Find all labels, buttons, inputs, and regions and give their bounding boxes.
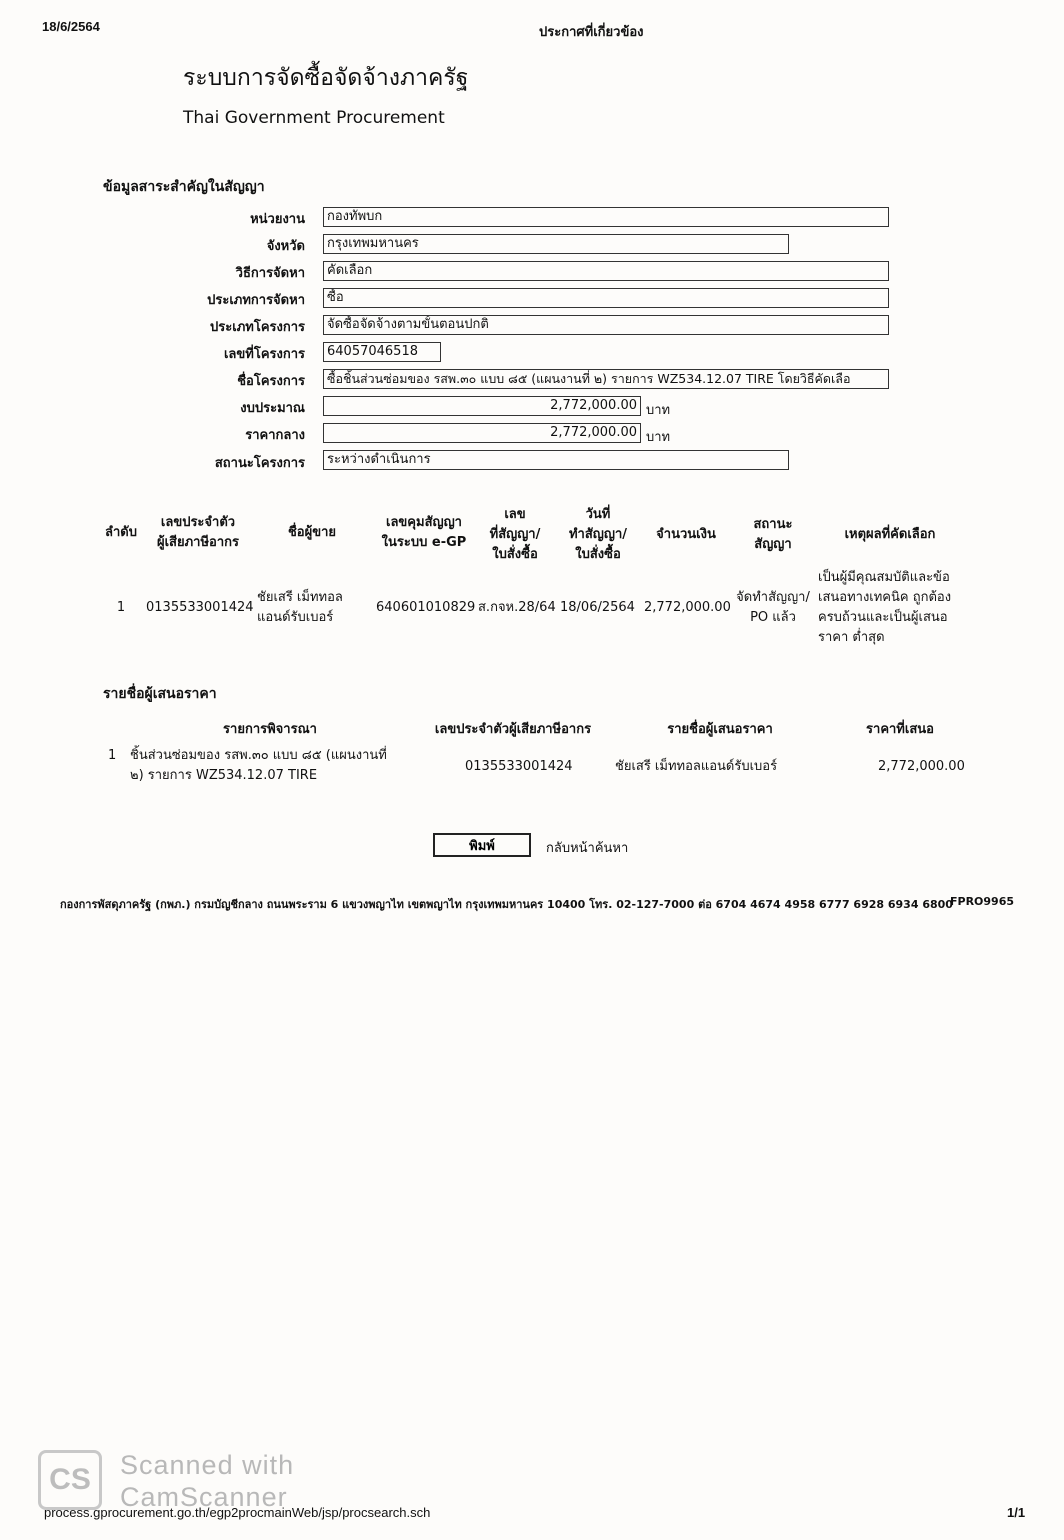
bidders-title: รายชื่อผู้เสนอราคา	[103, 683, 217, 705]
system-title-en: Thai Government Procurement	[183, 108, 445, 128]
field-project-status: ระหว่างดำเนินการ	[323, 450, 789, 470]
col-header-bidder-name: รายชื่อผู้เสนอราคา	[650, 720, 790, 740]
field-label-method: วิธีการจัดหา	[105, 262, 305, 283]
watermark-line1: Scanned with	[120, 1450, 294, 1481]
field-procurement-type: ซื้อ	[323, 288, 889, 308]
field-label-reference-price: ราคากลาง	[105, 424, 305, 445]
budget-unit: บาท	[646, 399, 670, 420]
cell-vendor: ชัยเสรี เม็ททอล แอนด์รับเบอร์	[257, 588, 343, 628]
bidder-row-item: ชิ้นส่วนซ่อมของ รสพ.๓๐ แบบ ๘๕ (แผนงานที่…	[130, 746, 387, 786]
col-header-offered-price: ราคาที่เสนอ	[850, 720, 950, 740]
field-label-budget: งบประมาณ	[105, 397, 305, 418]
cell-amount: 2,772,000.00	[644, 598, 731, 618]
col-header-contract-status: สถานะ สัญญา	[736, 515, 810, 555]
field-project-no: 64057046518	[323, 342, 441, 362]
field-label-province: จังหวัด	[105, 235, 305, 256]
field-province: กรุงเทพมหานคร	[323, 234, 789, 254]
field-label-project-name: ชื่อโครงการ	[105, 370, 305, 391]
system-title-th: ระบบการจัดซื้อจัดจ้างภาครัฐ	[183, 60, 468, 96]
page-heading: ประกาศที่เกี่ยวข้อง	[539, 21, 643, 42]
cell-contract-status: จัดทำสัญญา/ PO แล้ว	[731, 588, 815, 628]
field-label-project-type: ประเภทโครงการ	[105, 316, 305, 337]
field-label-agency: หน่วยงาน	[105, 208, 305, 229]
field-label-procurement-type: ประเภทการจัดหา	[105, 289, 305, 310]
col-header-vendor: ชื่อผู้ขาย	[262, 523, 362, 543]
field-label-project-no: เลขที่โครงการ	[105, 343, 305, 364]
camscanner-logo-icon: CS	[38, 1450, 102, 1510]
col-header-contract-no: เลข ที่สัญญา/ ใบสั่งซื้อ	[475, 505, 555, 565]
col-header-egp-no: เลขคุมสัญญา ในระบบ e-GP	[370, 513, 478, 553]
cell-no: 1	[100, 598, 142, 618]
field-project-type: จัดซื้อจัดจ้างตามขั้นตอนปกติ	[323, 315, 889, 335]
col-header-reason: เหตุผลที่คัดเลือก	[815, 525, 965, 545]
field-reference-price: 2,772,000.00	[323, 423, 641, 443]
field-label-project-status: สถานะโครงการ	[105, 452, 305, 473]
field-project-name: ซื้อชิ้นส่วนซ่อมของ รสพ.๓๐ แบบ ๘๕ (แผนงา…	[323, 369, 889, 389]
cell-tax-id: 0135533001424	[146, 598, 254, 618]
footer-org-info: กองการพัสดุภาครัฐ (กพภ.) กรมบัญชีกลาง ถน…	[60, 895, 953, 913]
col-header-amount: จำนวนเงิน	[640, 525, 732, 545]
form-code: FPRO9965	[950, 895, 1014, 908]
field-method: คัดเลือก	[323, 261, 889, 281]
page-url: process.gprocurement.go.th/egp2procmainW…	[44, 1505, 430, 1520]
field-budget: 2,772,000.00	[323, 396, 641, 416]
cell-contract-date: 18/06/2564	[560, 598, 635, 618]
print-date: 18/6/2564	[42, 19, 100, 34]
back-to-search-link[interactable]: กลับหน้าค้นหา	[546, 837, 628, 858]
cell-contract-no: ส.กจห.28/64	[478, 598, 556, 618]
bidder-row-tax-id: 0135533001424	[465, 757, 573, 777]
contract-info-title: ข้อมูลสาระสำคัญในสัญญา	[103, 176, 265, 198]
print-button[interactable]: พิมพ์	[433, 833, 531, 857]
col-header-item: รายการพิจารณา	[190, 720, 350, 740]
page-count: 1/1	[1007, 1505, 1025, 1520]
col-header-no: ลำดับ	[100, 523, 142, 543]
bidder-row-name: ชัยเสรี เม็ททอลแอนด์รับเบอร์	[615, 757, 777, 777]
field-agency: กองทัพบก	[323, 207, 889, 227]
reference-price-unit: บาท	[646, 426, 670, 447]
col-header-contract-date: วันที่ ทำสัญญา/ ใบสั่งซื้อ	[557, 505, 639, 565]
col-header-bidder-tax-id: เลขประจำตัวผู้เสียภาษีอากร	[418, 720, 608, 740]
cell-egp-no: 640601010829	[376, 598, 475, 618]
bidder-row-no: 1	[108, 746, 116, 766]
bidder-row-price: 2,772,000.00	[878, 757, 965, 777]
col-header-tax-id: เลขประจำตัว ผู้เสียภาษีอากร	[142, 513, 254, 553]
cell-reason: เป็นผู้มีคุณสมบัติและข้อ เสนอทางเทคนิค ถ…	[818, 568, 951, 648]
